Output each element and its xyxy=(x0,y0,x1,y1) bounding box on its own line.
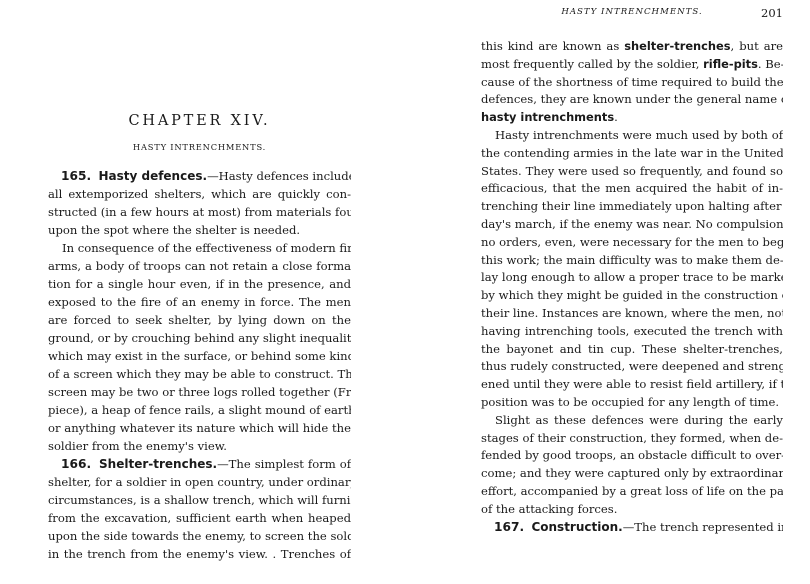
text-line: or anything whatever its nature which wi… xyxy=(48,419,351,437)
text-line: hasty intrenchments. xyxy=(481,109,783,127)
section-heading: Hasty defences. xyxy=(98,169,207,183)
text-line: 167. Construction.—The trench represente… xyxy=(481,519,783,537)
text-line: lay long enough to allow a proper trace … xyxy=(481,269,783,287)
section-heading: Shelter-trenches. xyxy=(99,457,217,471)
text-line: upon the side towards the enemy, to scre… xyxy=(48,527,351,545)
text-line: the contending armies in the late war in… xyxy=(481,145,783,163)
bold-term: shelter-trenches xyxy=(624,39,730,53)
text-line: ground, or by crouching behind any sligh… xyxy=(48,329,351,347)
chapter-title: CHAPTER XIV. xyxy=(48,113,351,129)
text-line: 166. Shelter-trenches.—The simplest form… xyxy=(48,455,351,473)
text-line: upon the spot where the shelter is neede… xyxy=(48,221,351,239)
text-line: piece), a heap of fence rails, a slight … xyxy=(48,401,351,419)
running-header: HASTY INTRENCHMENTS. 201 xyxy=(481,6,783,20)
text-line: States. They were used so frequently, an… xyxy=(481,163,783,181)
text-line: position was to be occupied for any leng… xyxy=(481,394,783,412)
text-line: from the excavation, sufficient earth wh… xyxy=(48,509,351,527)
text-line: come; and they were captured only by ext… xyxy=(481,465,783,483)
text-line: ened until they were able to resist fiel… xyxy=(481,376,783,394)
text-line: all extemporized shelters, which are qui… xyxy=(48,185,351,203)
text-line: efficacious, that the men acquired the h… xyxy=(481,180,783,198)
text-line: cause of the shortness of time required … xyxy=(481,74,783,92)
text-line: Slight as these defences were during the… xyxy=(481,412,783,430)
section-heading: Construction. xyxy=(531,520,622,534)
text-line: defences, they are known under the gener… xyxy=(481,91,783,109)
text-line: structed (in a few hours at most) from m… xyxy=(48,203,351,221)
text-line: 165. Hasty defences.—Hasty defences incl… xyxy=(48,167,351,185)
text-line: most frequently called by the soldier, r… xyxy=(481,56,783,74)
text-line: tion for a single hour even, if in the p… xyxy=(48,275,351,293)
text-line: no orders, even, were necessary for the … xyxy=(481,234,783,252)
text-line: day's march, if the enemy was near. No c… xyxy=(481,216,783,234)
text-line: soldier from the enemy's view. xyxy=(48,437,351,455)
text-line: effort, accompanied by a great loss of l… xyxy=(481,483,783,501)
text-line: this work; the main difficulty was to ma… xyxy=(481,252,783,270)
right-page-body: this kind are known as shelter-trenches,… xyxy=(481,38,783,536)
text-line: arms, a body of troops can not retain a … xyxy=(48,257,351,275)
text-line: stages of their construction, they forme… xyxy=(481,430,783,448)
text-line: screen may be two or three logs rolled t… xyxy=(48,383,351,401)
text-line: thus rudely constructed, were deepened a… xyxy=(481,358,783,376)
text-line: of the attacking forces. xyxy=(481,501,783,519)
text-line: by which they might be guided in the con… xyxy=(481,287,783,305)
text-line: the bayonet and tin cup. These shelter-t… xyxy=(481,341,783,359)
section-number: 165. xyxy=(61,169,91,183)
text-line: this kind are known as shelter-trenches,… xyxy=(481,38,783,56)
text-line: circumstances, is a shallow trench, whic… xyxy=(48,491,351,509)
text-line: are forced to seek shelter, by lying dow… xyxy=(48,311,351,329)
text-line: which may exist in the surface, or behin… xyxy=(48,347,351,365)
text-line: having intrenching tools, executed the t… xyxy=(481,323,783,341)
text-line: their line. Instances are known, where t… xyxy=(481,305,783,323)
bold-term: hasty intrenchments xyxy=(481,110,614,124)
section-title: HASTY INTRENCHMENTS. xyxy=(48,142,351,152)
text-line: trenching their line immediately upon ha… xyxy=(481,198,783,216)
text-line: in the trench from the enemy's view. . T… xyxy=(48,545,351,563)
text-line: In consequence of the effectiveness of m… xyxy=(48,239,351,257)
text-line: shelter, for a soldier in open country, … xyxy=(48,473,351,491)
page-number: 201 xyxy=(761,6,783,20)
text-line: of a screen which they may be able to co… xyxy=(48,365,351,383)
text-line: Hasty intrenchments were much used by bo… xyxy=(481,127,783,145)
running-title: HASTY INTRENCHMENTS. xyxy=(481,7,783,17)
section-number: 166. xyxy=(61,457,91,471)
text-line: fended by good troops, an obstacle diffi… xyxy=(481,447,783,465)
text-line: exposed to the fire of an enemy in force… xyxy=(48,293,351,311)
section-number: 167. xyxy=(494,520,524,534)
left-page-body: 165. Hasty defences.—Hasty defences incl… xyxy=(48,167,351,563)
bold-term: rifle-pits xyxy=(703,57,758,71)
